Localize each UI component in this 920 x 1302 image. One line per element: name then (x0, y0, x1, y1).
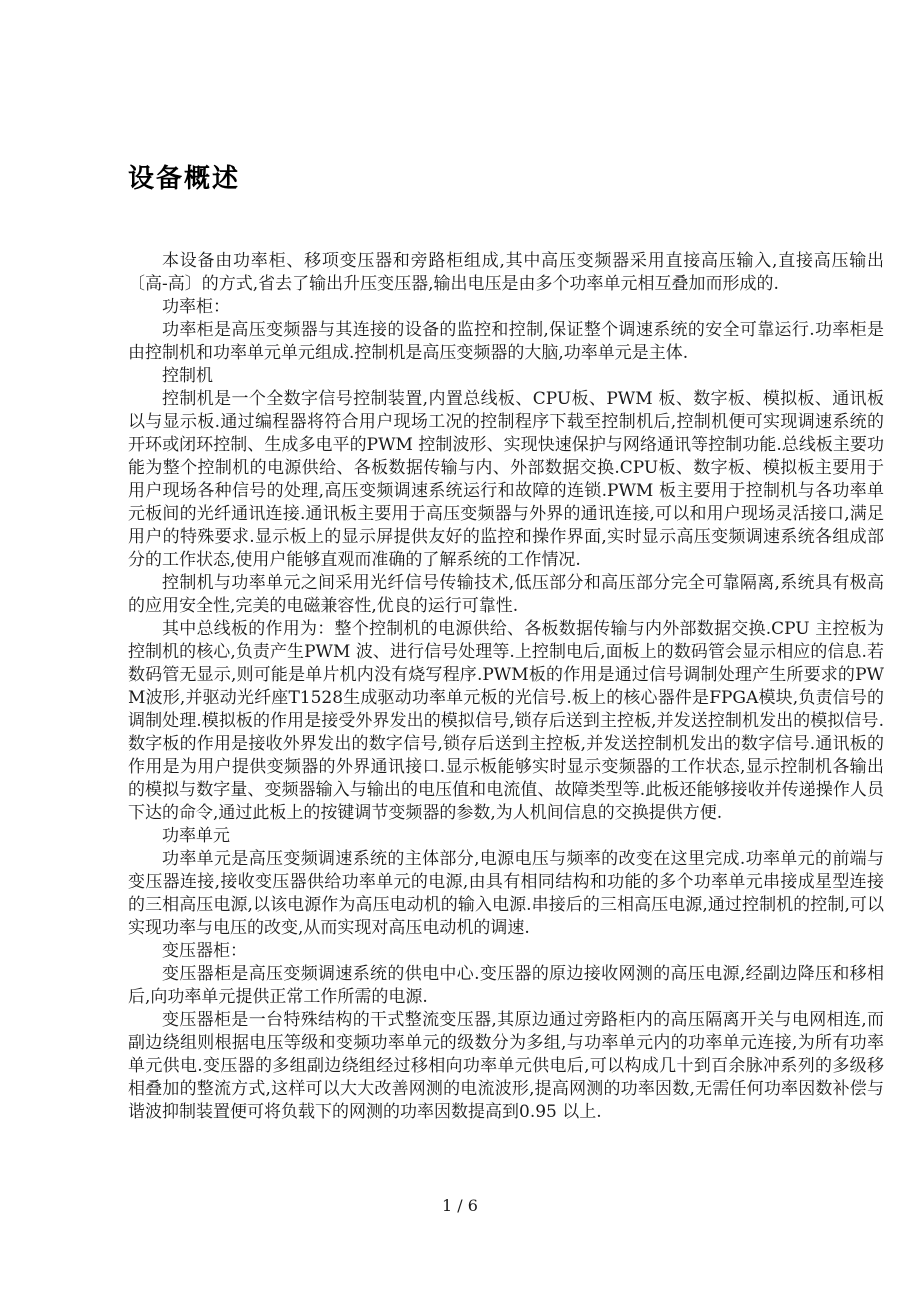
heading-controller: 控制机 (128, 365, 884, 388)
paragraph-transformer-detail: 变压器柜是一台特殊结构的干式整流变压器,其原边通过旁路柜内的高压隔离开关与电网相… (128, 1009, 884, 1124)
heading-power-unit: 功率单元 (128, 825, 884, 848)
page-number: 1 / 6 (0, 1196, 920, 1215)
paragraph-power-unit: 功率单元是高压变频调速系统的主体部分,电源电压与频率的改变在这里完成.功率单元的… (128, 848, 884, 940)
heading-transformer-cabinet: 变压器柜： (128, 940, 884, 963)
paragraph-boards-detail: 其中总线板的作用为：整个控制机的电源供给、各板数据传输与内外部数据交换.CPU … (128, 618, 884, 825)
heading-power-cabinet: 功率柜： (128, 296, 884, 319)
paragraph-controller: 控制机是一个全数字信号控制装置,内置总线板、CPU板、PWM 板、数字板、模拟板… (128, 388, 884, 572)
paragraph-fiber-optic: 控制机与功率单元之间采用光纤信号传输技术,低压部分和高压部分完全可靠隔离,系统具… (128, 572, 884, 618)
document-body: 本设备由功率柜、移项变压器和旁路柜组成,其中高压变频器采用直接高压输入,直接高压… (128, 250, 884, 1124)
page-title: 设备概述 (128, 158, 240, 195)
paragraph-intro: 本设备由功率柜、移项变压器和旁路柜组成,其中高压变频器采用直接高压输入,直接高压… (128, 250, 884, 296)
paragraph-power-cabinet: 功率柜是高压变频器与其连接的设备的监控和控制,保证整个调速系统的安全可靠运行.功… (128, 319, 884, 365)
document-page: 设备概述 本设备由功率柜、移项变压器和旁路柜组成,其中高压变频器采用直接高压输入… (0, 0, 920, 1302)
paragraph-transformer-supply: 变压器柜是高压变频调速系统的供电中心.变压器的原边接收网测的高压电源,经副边降压… (128, 963, 884, 1009)
